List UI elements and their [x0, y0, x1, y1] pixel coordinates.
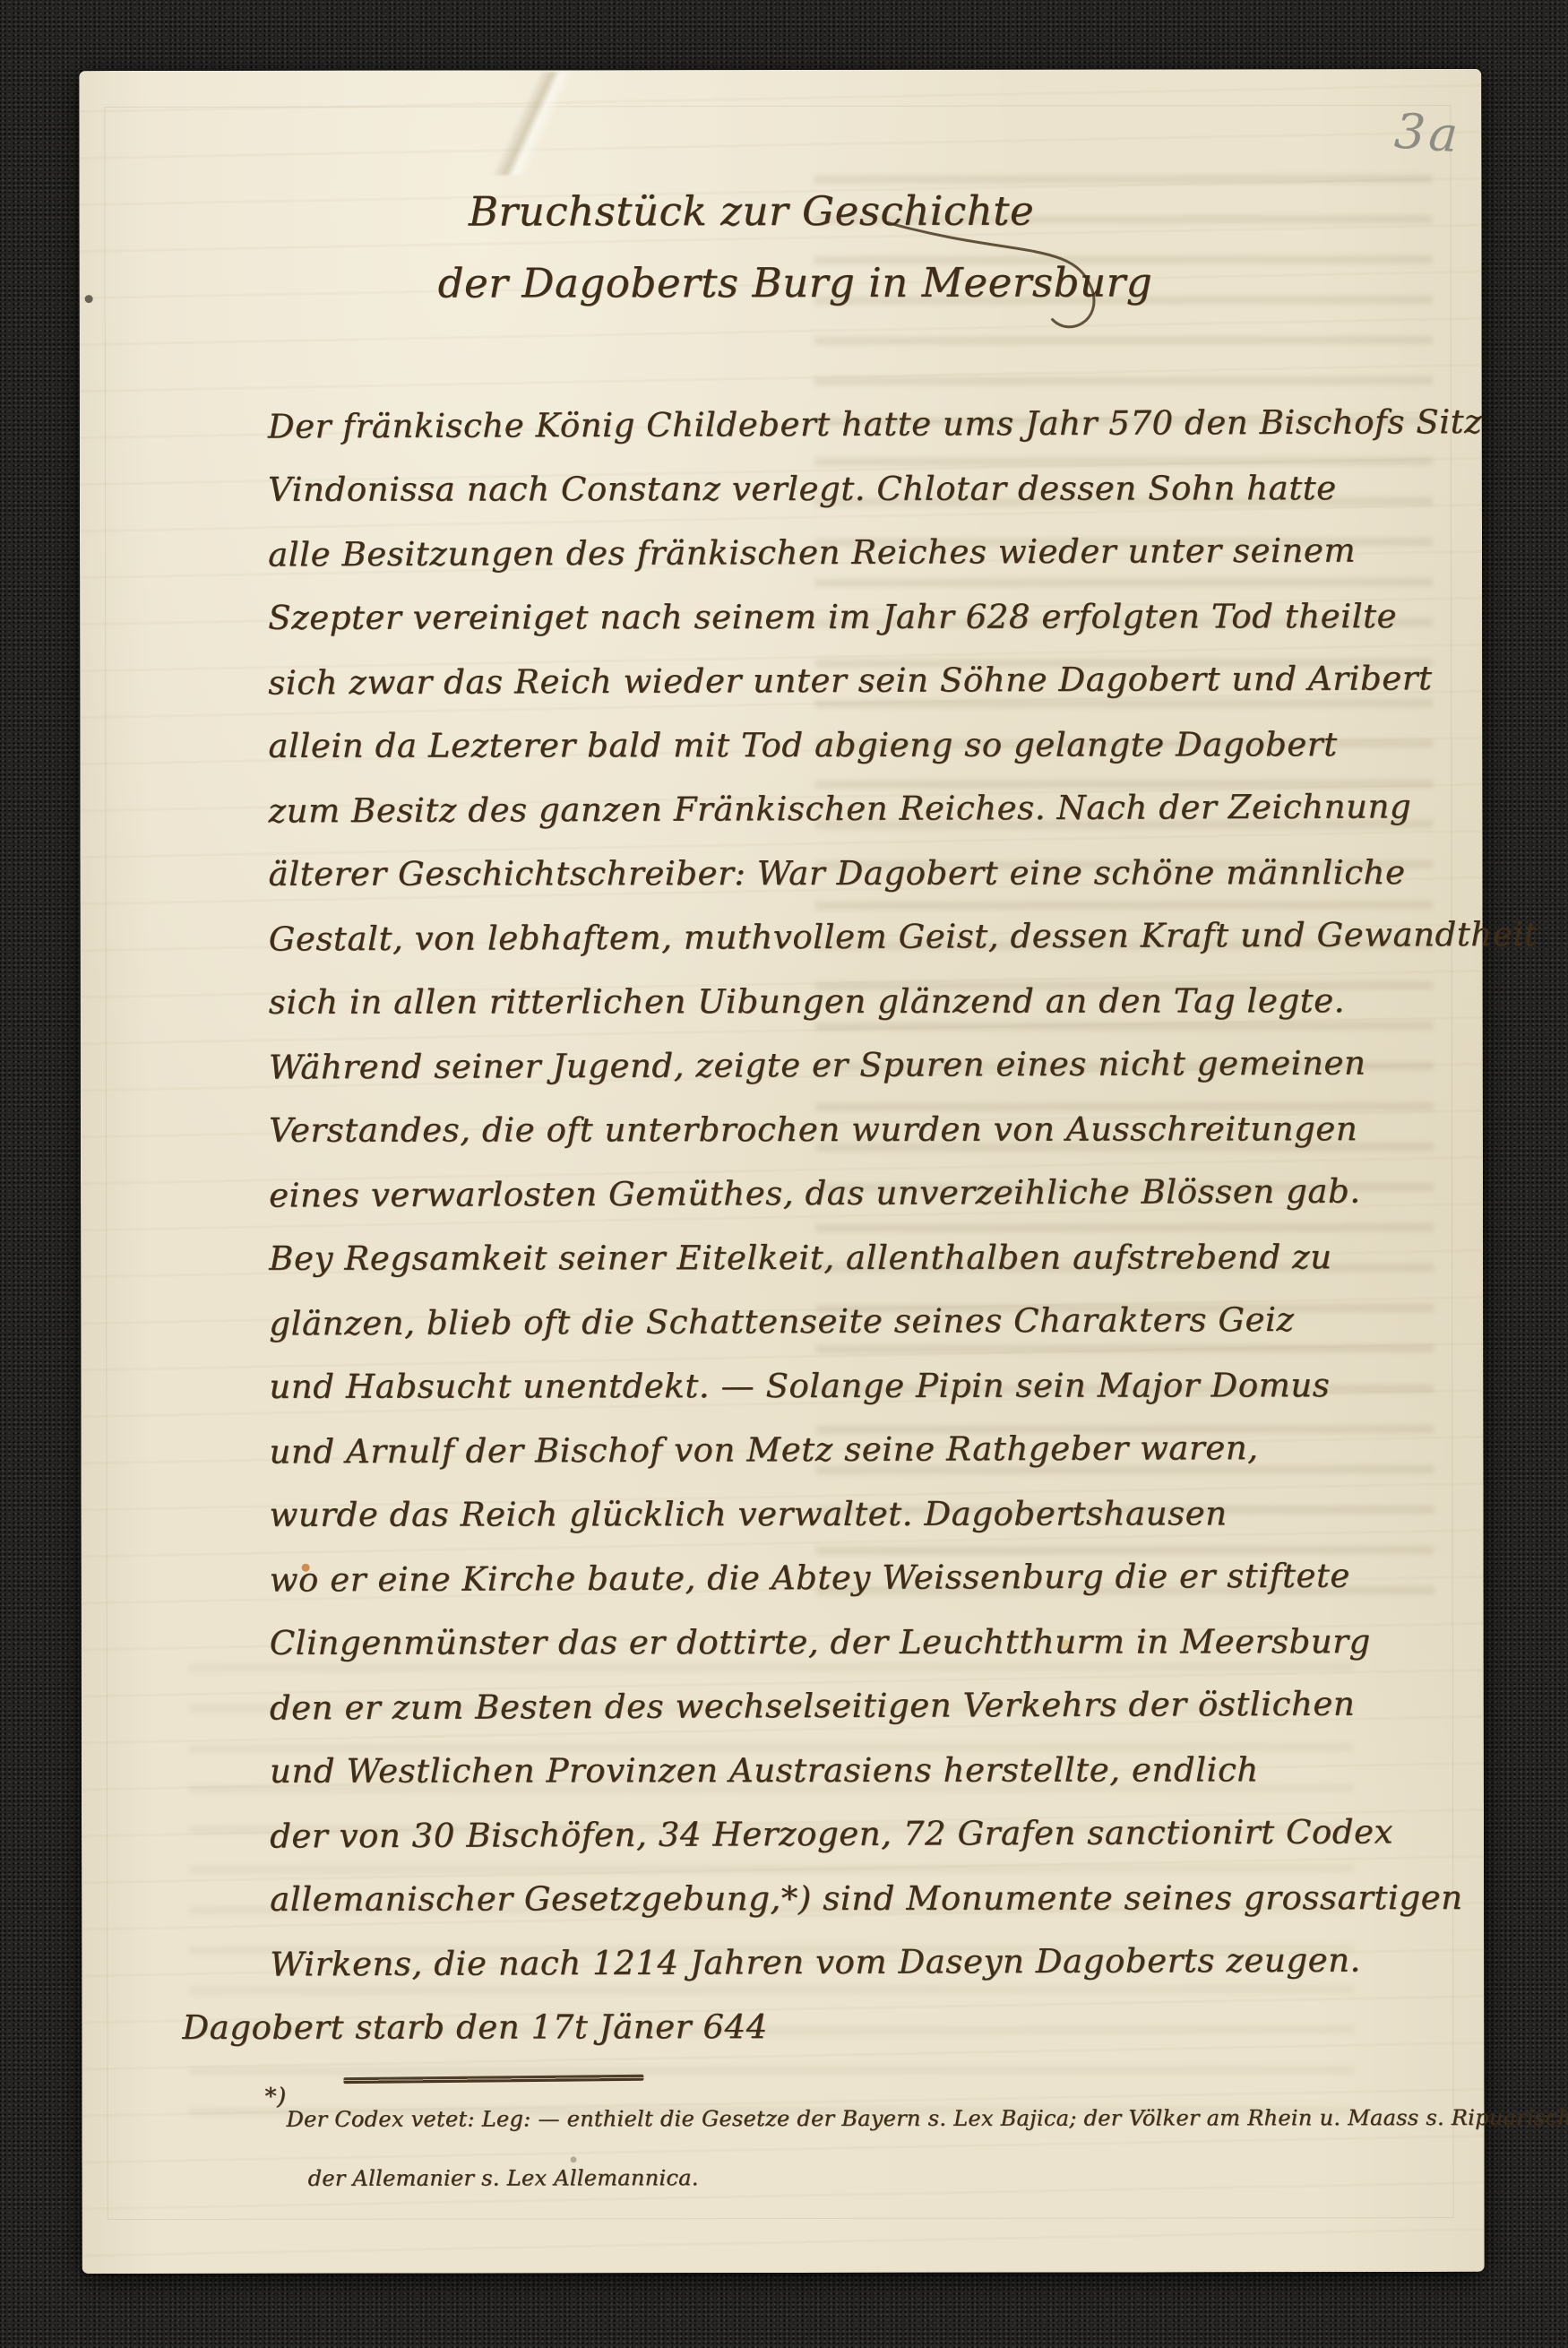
manuscript-line: sich in allen ritterlichen Uibungen glän…: [269, 969, 1407, 1034]
manuscript-page: 3a Bruchstück zur Geschichte der Dagober…: [79, 69, 1484, 2274]
manuscript-line: und Habsucht unentdekt. — Solange Pipin …: [269, 1353, 1407, 1419]
manuscript-line: Bey Regsamkeit seiner Eitelkeit, allenth…: [269, 1225, 1407, 1291]
manuscript-line: sich zwar das Reich wieder unter sein Sö…: [268, 646, 1406, 715]
manuscript-line: wurde das Reich glücklich verwaltet. Dag…: [269, 1481, 1407, 1547]
manuscript-line: Szepter vereiniget nach seinem im Jahr 6…: [268, 584, 1406, 650]
footnote-marker: *): [264, 2084, 286, 2111]
manuscript-line: Gestalt, von lebhaftem, muthvollem Geist…: [268, 902, 1406, 971]
manuscript-line: und Arnulf der Bischof von Metz seine Ra…: [269, 1415, 1407, 1484]
manuscript-line: Dagobert starb den 17t Jäner 644: [182, 1994, 1408, 2059]
title-line-1: Bruchstück zur Geschichte: [437, 176, 1064, 248]
manuscript-line: alle Besitzungen des fränkischen Reiches…: [268, 518, 1406, 587]
manuscript-line: Clingenmünster das er dottirte, der Leuc…: [270, 1610, 1408, 1675]
manuscript-line: Verstandes, die oft unterbrochen wurden …: [269, 1097, 1407, 1162]
page-number-pencil: 3a: [1392, 103, 1463, 164]
manuscript-body: Der fränkische König Childebert hatte um…: [268, 392, 1409, 2059]
manuscript-line: zum Besitz des ganzen Fränkischen Reiche…: [268, 774, 1406, 843]
manuscript-line: eines verwarlosten Gemüthes, das unverze…: [269, 1159, 1407, 1228]
manuscript-line: älterer Geschichtschreiber: War Dagobert…: [268, 841, 1406, 906]
stain-speck: [85, 295, 93, 303]
scan-background-fabric: 3a Bruchstück zur Geschichte der Dagober…: [0, 0, 1568, 2348]
manuscript-line: Der fränkische König Childebert hatte um…: [268, 390, 1406, 459]
title-line-2: der Dagoberts Burg in Meersburg: [438, 247, 1065, 320]
title-block: Bruchstück zur Geschichte der Dagoberts …: [437, 176, 1064, 320]
manuscript-line: den er zum Besten des wechselseitigen Ve…: [270, 1671, 1408, 1740]
stain-speck: [571, 2156, 577, 2162]
manuscript-line: allein da Lezterer bald mit Tod abgieng …: [268, 712, 1406, 778]
footnote-separator-line: [343, 2075, 643, 2084]
manuscript-line: Während seiner Jugend, zeigte er Spuren …: [269, 1031, 1407, 1100]
manuscript-line: allemanischer Gesetzgebung,*) sind Monum…: [270, 1866, 1408, 1931]
manuscript-line: Wirkens, die nach 1214 Jahren vom Daseyn…: [270, 1928, 1408, 1997]
footnote-line: Der Codex vetet: Leg: — enthielt die Ges…: [286, 2105, 1568, 2132]
manuscript-line: glänzen, blieb oft die Schattenseite sei…: [269, 1287, 1407, 1356]
footnote-line: der Allemanier s. Lex Allemannica.: [308, 2165, 699, 2191]
manuscript-line: der von 30 Bischöfen, 34 Herzogen, 72 Gr…: [270, 1800, 1408, 1869]
paper-crease: [419, 72, 643, 175]
manuscript-line: Vindonissa nach Constanz verlegt. Chlota…: [268, 456, 1406, 522]
manuscript-line: wo er eine Kirche baute, die Abtey Weiss…: [269, 1543, 1407, 1612]
manuscript-line: und Westlichen Provinzen Austrasiens her…: [270, 1738, 1408, 1803]
